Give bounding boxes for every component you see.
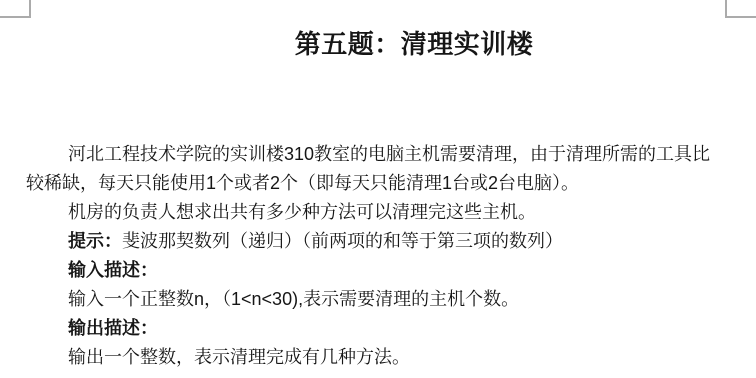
text-boundary-mark-top-right-vertical bbox=[725, 0, 727, 18]
heading-output-description: 输出描述： bbox=[26, 314, 726, 343]
document-body: 河北工程技术学院的实训楼310教室的电脑主机需要清理，由于清理所需的工具比较稀缺… bbox=[26, 140, 726, 372]
hint-text: 斐波那契数列（递归）（前两项的和等于第三项的数列） bbox=[122, 231, 563, 251]
text-boundary-mark-top-left-vertical bbox=[29, 0, 31, 18]
paragraph-question: 机房的负责人想求出共有多少种方法可以清理完这些主机。 bbox=[26, 198, 726, 227]
text-boundary-mark-top-right-horizontal bbox=[725, 16, 756, 18]
heading-text: 输出描述： bbox=[68, 318, 158, 338]
heading-text: 输入描述： bbox=[68, 260, 158, 280]
paragraph-text: 输出一个整数，表示清理完成有几种方法。 bbox=[68, 347, 410, 367]
page-title: 第五题：清理实训楼 bbox=[0, 29, 756, 59]
paragraph-text: 河北工程技术学院的实训楼310教室的电脑主机需要清理，由于清理所需的工具比较稀缺… bbox=[26, 144, 710, 193]
heading-input-description: 输入描述： bbox=[26, 256, 726, 285]
hint-label: 提示： bbox=[68, 231, 122, 251]
document-page: 第五题：清理实训楼 河北工程技术学院的实训楼310教室的电脑主机需要清理，由于清… bbox=[0, 0, 756, 378]
paragraph-problem-statement: 河北工程技术学院的实训楼310教室的电脑主机需要清理，由于清理所需的工具比较稀缺… bbox=[26, 140, 726, 198]
paragraph-output-spec: 输出一个整数，表示清理完成有几种方法。 bbox=[26, 343, 726, 372]
text-boundary-mark-top-left-horizontal bbox=[0, 16, 31, 18]
paragraph-hint: 提示：斐波那契数列（递归）（前两项的和等于第三项的数列） bbox=[26, 227, 726, 256]
paragraph-text: 机房的负责人想求出共有多少种方法可以清理完这些主机。 bbox=[68, 202, 536, 222]
paragraph-input-spec: 输入一个正整数n，（1<n<30),表示需要清理的主机个数。 bbox=[26, 285, 726, 314]
paragraph-text: 输入一个正整数n，（1<n<30),表示需要清理的主机个数。 bbox=[68, 289, 519, 309]
